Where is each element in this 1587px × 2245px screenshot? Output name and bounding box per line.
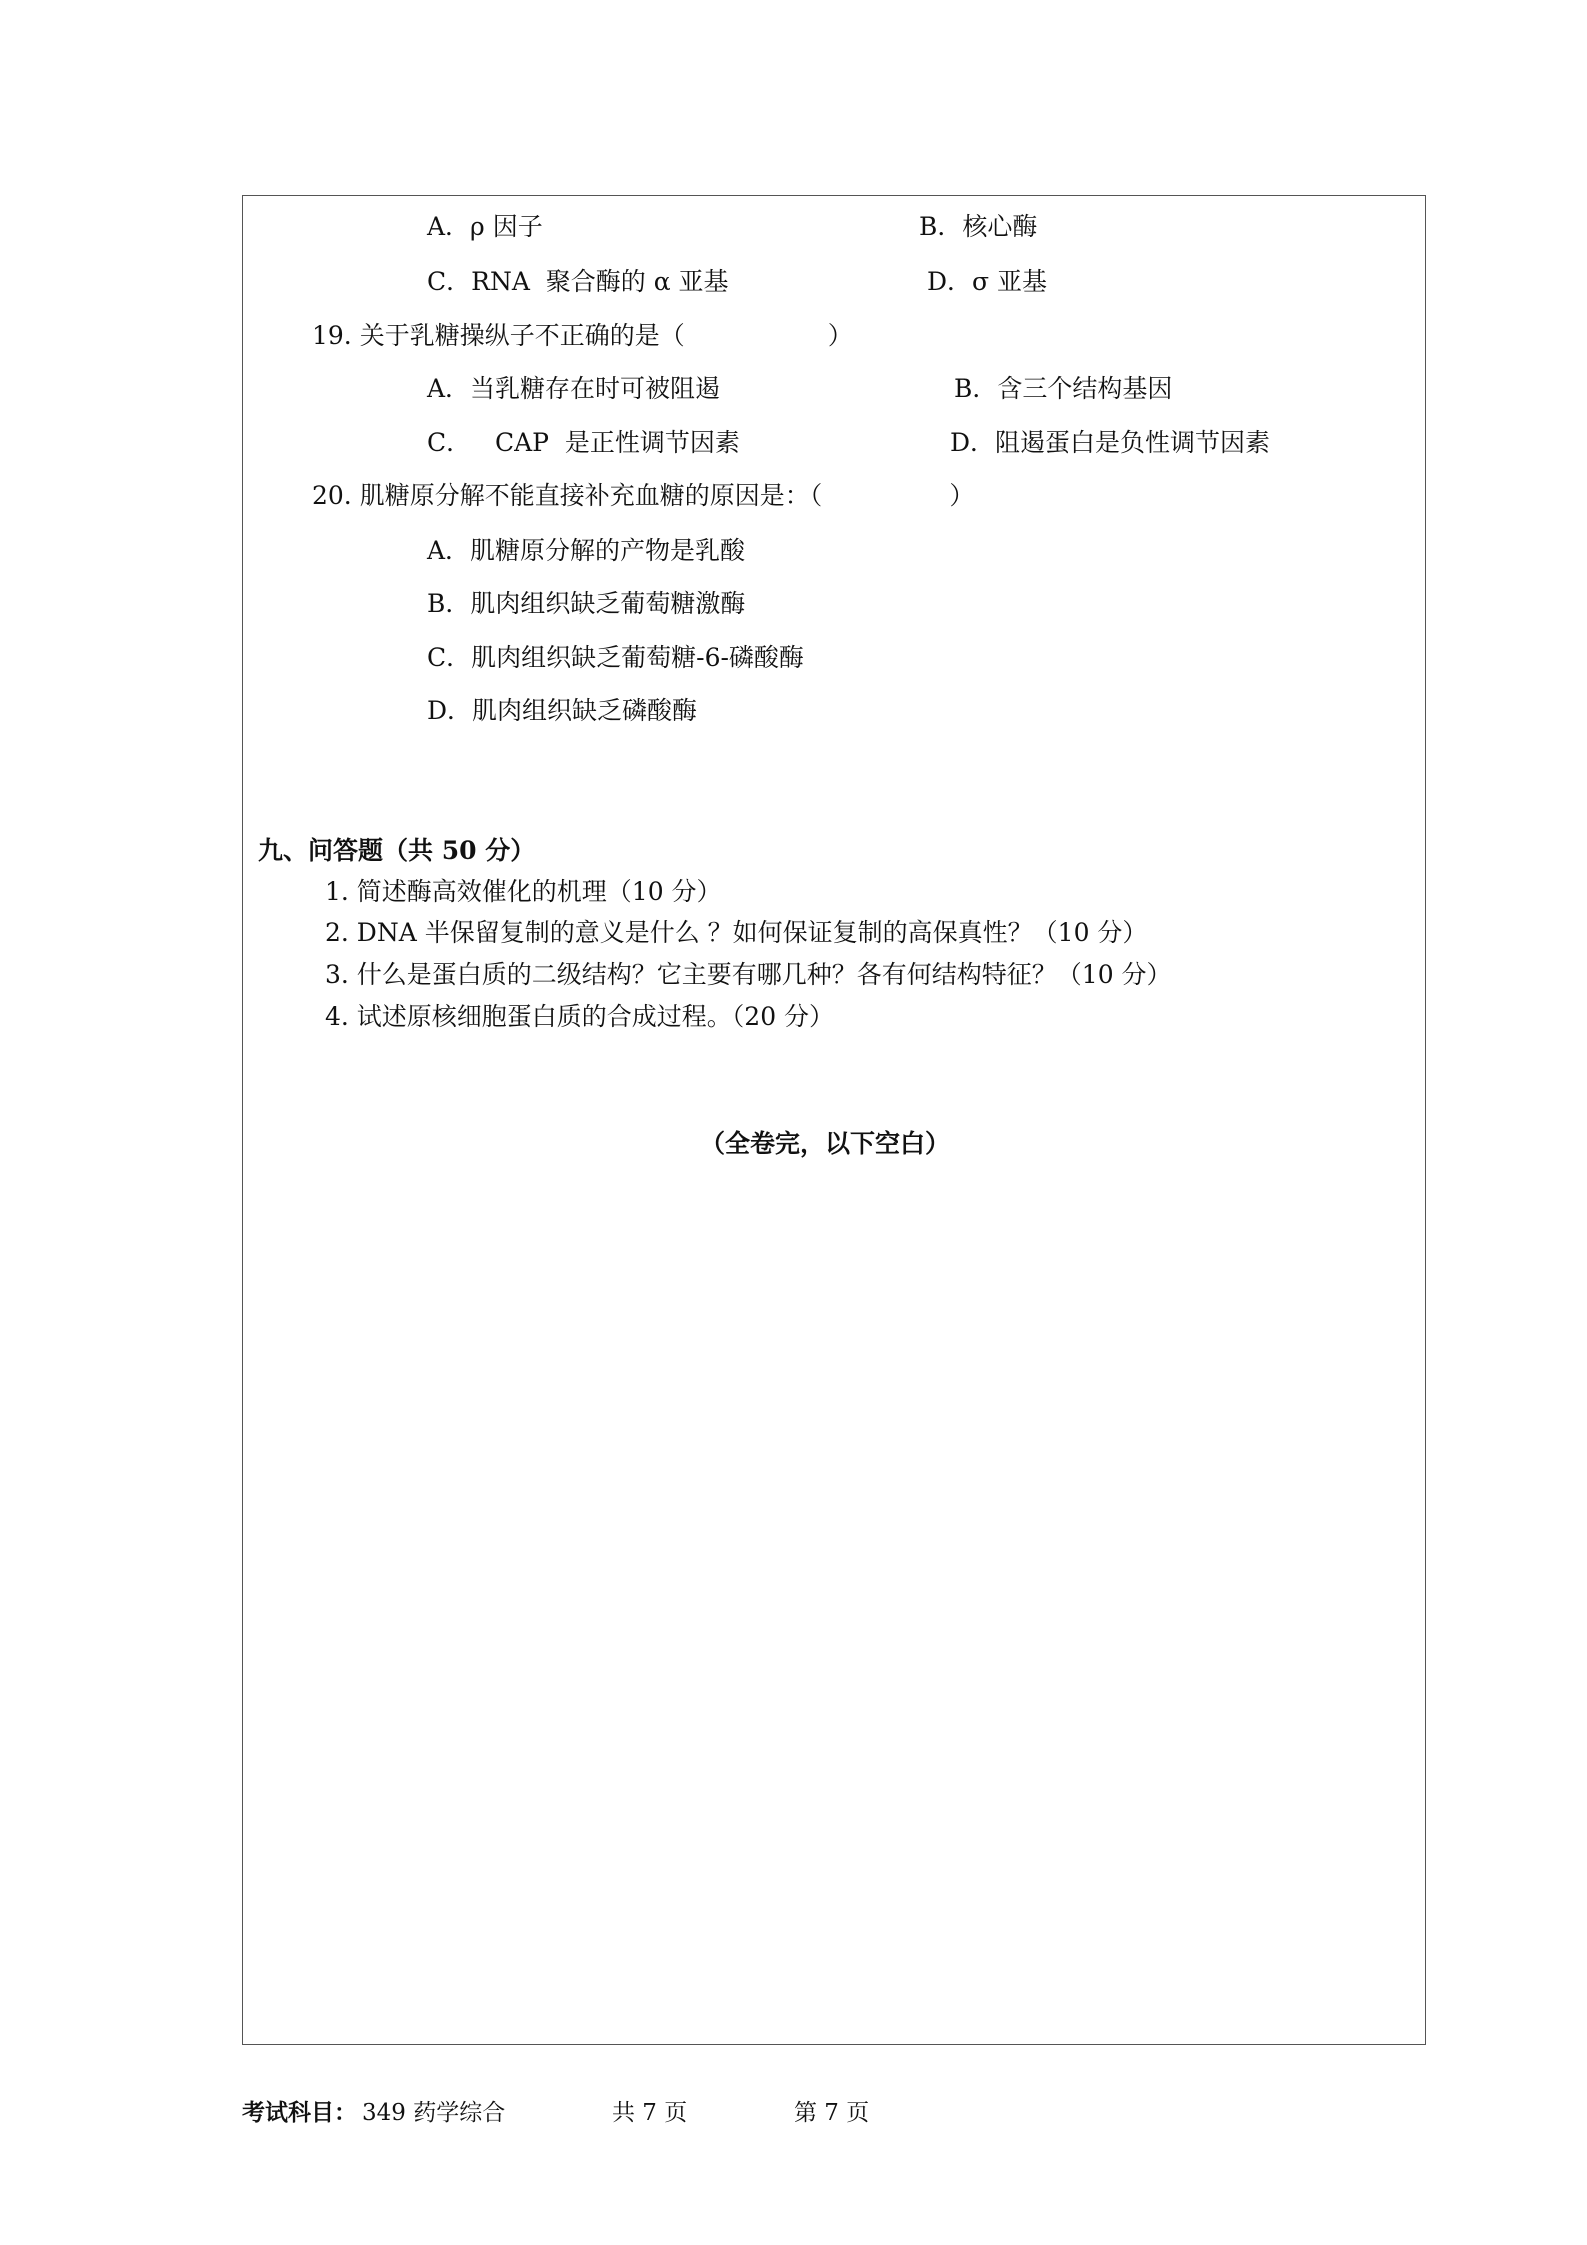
essay-question-1: 1. 简述酶高效催化的机理（10 分） <box>325 876 722 908</box>
footer-current-page: 第 7 页 <box>794 2098 869 2128</box>
footer-total-pages: 共 7 页 <box>612 2098 687 2128</box>
q19-stem: 19. 关于乳糖操纵子不正确的是（ ） <box>312 320 853 352</box>
q19-option-a: A．当乳糖存在时可被阻遏 <box>427 373 720 405</box>
q18-option-d: D．σ 亚基 <box>927 266 1047 298</box>
essay-question-3: 3. 什么是蛋白质的二级结构？它主要有哪几种？各有何结构特征？（10 分） <box>325 959 1172 991</box>
q18-option-a: A．ρ 因子 <box>427 211 543 243</box>
q18-option-c: C．RNA 聚合酶的 α 亚基 <box>427 266 729 298</box>
essay-question-4: 4. 试述原核细胞蛋白质的合成过程。（20 分） <box>325 1001 834 1033</box>
q20-option-a: A．肌糖原分解的产物是乳酸 <box>427 535 745 567</box>
footer-subject-value: 349 药学综合 <box>362 2098 505 2128</box>
exam-content-frame <box>242 195 1426 2045</box>
footer-subject-label: 考试科目： <box>242 2098 357 2128</box>
q20-option-c: C．肌肉组织缺乏葡萄糖-6-磷酸酶 <box>427 642 804 674</box>
q19-option-c: C． CAP 是正性调节因素 <box>427 427 740 459</box>
q19-option-b: B．含三个结构基因 <box>954 373 1172 405</box>
section-heading: 九、问答题（共 50 分） <box>258 835 535 867</box>
q19-option-d: D．阻遏蛋白是负性调节因素 <box>950 427 1270 459</box>
q18-option-b: B．核心酶 <box>919 211 1037 243</box>
q20-stem: 20. 肌糖原分解不能直接补充血糖的原因是：（ ） <box>312 480 974 512</box>
essay-question-2: 2. DNA 半保留复制的意义是什么 ？如何保证复制的高保真性？（10 分） <box>325 917 1147 949</box>
end-of-paper-marker: （全卷完，以下空白） <box>700 1128 950 1160</box>
q20-option-d: D．肌肉组织缺乏磷酸酶 <box>427 695 697 727</box>
q20-option-b: B．肌肉组织缺乏葡萄糖激酶 <box>427 588 745 620</box>
